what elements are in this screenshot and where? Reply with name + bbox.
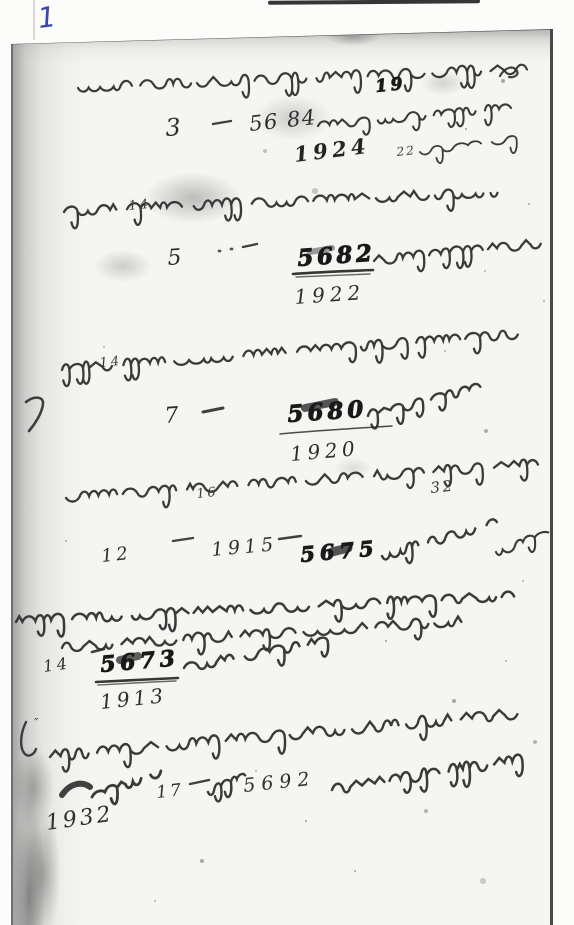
page-top-edge: [7, 28, 560, 45]
page-number: 1: [36, 3, 57, 33]
scan-noise-specks: [13, 28, 15, 30]
scanned-page: [11, 28, 553, 925]
page-fold-line: [33, 0, 35, 40]
scan-top-artifact: [268, 0, 480, 5]
